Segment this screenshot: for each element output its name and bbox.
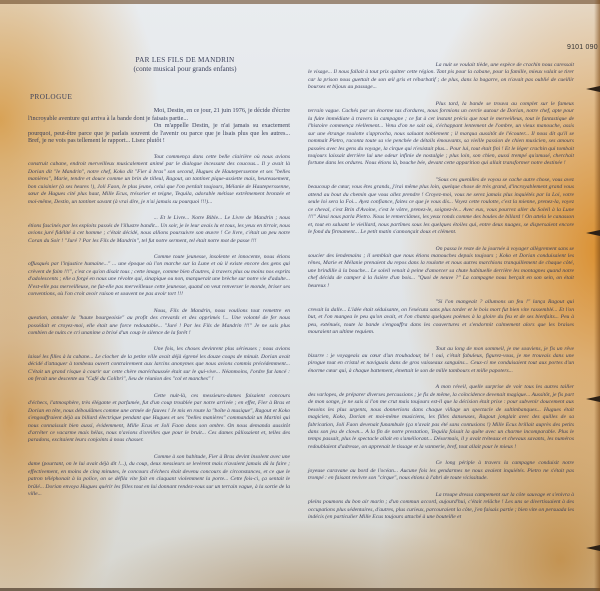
paragraph: "Si l'on mangeait ? allumons un feu !" l… [308, 299, 574, 336]
paragraph-text: Nous, Fils de Mandrin, nous voulions tou… [28, 308, 290, 336]
paragraph-text: Tout au long de mon sommeil, je me souvi… [308, 346, 574, 374]
paper-tear-mark [586, 396, 600, 402]
paper-tear-mark [586, 230, 600, 236]
paragraph: A mon réveil, quelle surprise de voir to… [308, 384, 574, 451]
paragraph: Tout au long de mon sommeil, je me souvi… [308, 346, 574, 376]
paragraph-text: La nuit se voulait tiède, une espèce de … [308, 62, 574, 90]
paper-tear-mark [586, 545, 600, 551]
document-header: PAR LES FILS DE MANDRIN (conte musical p… [60, 56, 310, 74]
paragraph: Une fois, les choses devinrent plus séri… [28, 346, 290, 383]
catalog-number: 9101 090 [567, 44, 598, 51]
paragraph-text: On m'appelle Destin, je n'ai jamais su e… [28, 122, 290, 144]
paragraph: Cette nuit-là, ces messieurs-dames faisa… [28, 393, 290, 445]
right-text-column: La nuit se voulait tiède, une espèce de … [308, 62, 574, 531]
paragraph: On passa le reste de la journée à voyage… [308, 246, 574, 291]
paragraph: La troupe dressa campement sur la côte s… [308, 492, 574, 522]
paragraph-text: Moi, Destin, en ce jour, 21 juin 1976, j… [28, 107, 290, 122]
paragraph-text: Cette nuit-là, ces messieurs-dames faisa… [28, 393, 290, 444]
left-text-column: Moi, Destin, en ce jour, 21 juin 1976, j… [28, 107, 290, 508]
paragraph-text: A mon réveil, quelle surprise de voir to… [308, 384, 574, 450]
paragraph-text: La troupe dressa campement sur la côte s… [308, 492, 574, 520]
paragraph: ... Et le Livre... Notre Bible... Le Liv… [28, 215, 290, 245]
paragraph: Nous, Fils de Mandrin, nous voulions tou… [28, 308, 290, 338]
document-title: PAR LES FILS DE MANDRIN [60, 56, 310, 65]
section-label: PROLOGUE [30, 93, 72, 101]
paragraph-text: Comme à son habitude, Fier à Bras devint… [28, 454, 290, 497]
sleeve-top-edge [0, 0, 600, 4]
paragraph: Comme à son habitude, Fier à Bras devint… [28, 454, 290, 499]
paragraph-text: "Si l'on mangeait ? allumons un feu !" l… [308, 299, 574, 335]
paragraph-text: Une fois, les choses devinrent plus séri… [28, 346, 290, 382]
paragraph: Plus tard, la bande se trouva au complet… [308, 101, 574, 168]
paragraph-text: Ce long périple à travers la campagne co… [308, 460, 574, 481]
paragraph-text: Comme toute jeunesse, insolente et innoc… [28, 254, 290, 297]
paragraph: Comme toute jeunesse, insolente et innoc… [28, 254, 290, 299]
paragraph-text: Tout commença dans cette belle clairière… [28, 154, 290, 205]
paragraph: Ce long périple à travers la campagne co… [308, 460, 574, 482]
paragraph-text: ... Et le Livre... Notre Bible... Le Liv… [28, 215, 290, 243]
paragraph-text: Plus tard, la bande se trouva au complet… [308, 101, 574, 167]
paragraph: On m'appelle Destin, je n'ai jamais su e… [28, 122, 290, 145]
document-subtitle: (conte musical pour grands enfants) [60, 65, 310, 74]
paragraph-text: "Sous ces guenilles de voyou se cache au… [308, 177, 574, 235]
paragraph: Moi, Destin, en ce jour, 21 juin 1976, j… [28, 107, 290, 122]
paragraph: "Sous ces guenilles de voyou se cache au… [308, 177, 574, 237]
paragraph: La nuit se voulait tiède, une espèce de … [308, 62, 574, 92]
paragraph: Tout commença dans cette belle clairière… [28, 154, 290, 206]
paragraph-text: On passa le reste de la journée à voyage… [308, 246, 574, 289]
paper-tear-mark [586, 86, 600, 92]
